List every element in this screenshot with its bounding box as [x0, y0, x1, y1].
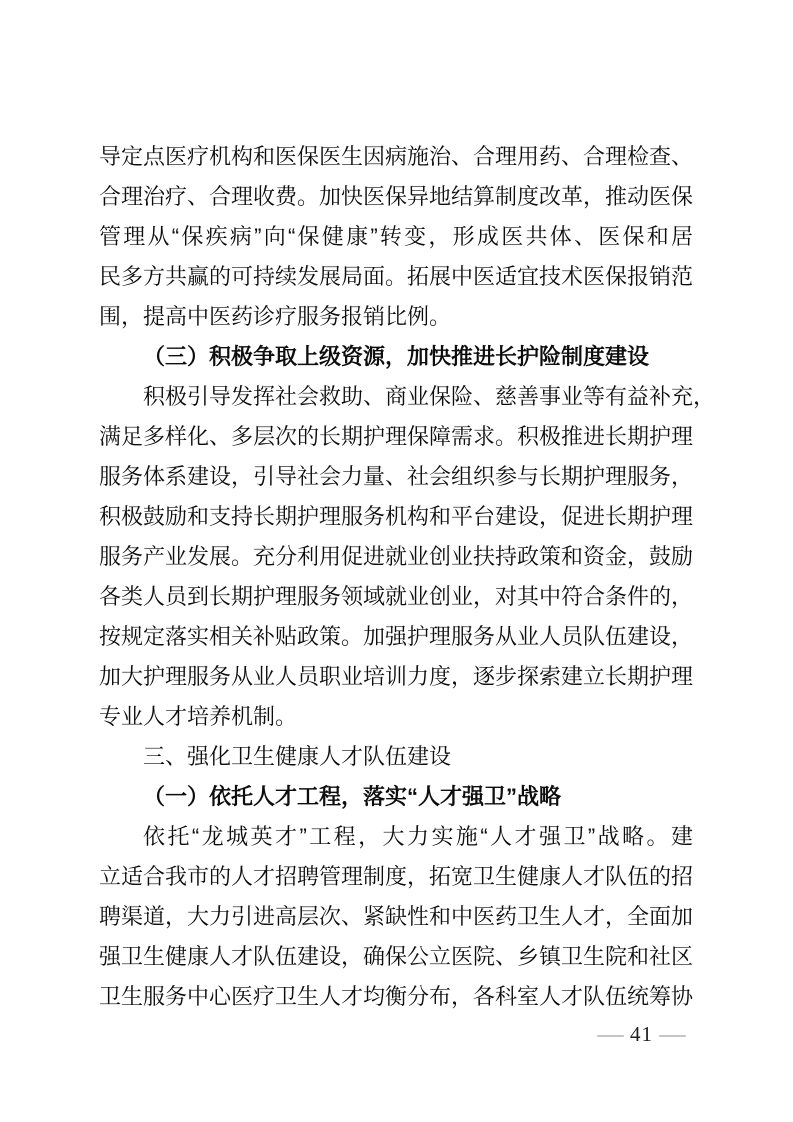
paragraph-line: 卫生服务中心医疗卫生人才均衡分布，各科室人才队伍统筹协	[99, 977, 693, 1017]
paragraph-line: 依托“龙城英才”工程，大力实施“人才强卫”战略。建	[99, 817, 693, 857]
section-heading-line: （一）依托人才工程，落实“人才强卫”战略	[99, 777, 693, 817]
paragraph-line: 合理治疗、合理收费。加快医保异地结算制度改革，推动医保	[99, 177, 693, 217]
paragraph-line: 围，提高中医药诊疗服务报销比例。	[99, 297, 693, 337]
document-body: 导定点医疗机构和医保医生因病施治、合理用药、合理检查、合理治疗、合理收费。加快医…	[99, 137, 693, 1017]
paragraph-line: 聘渠道，大力引进高层次、紧缺性和中医药卫生人才，全面加	[99, 897, 693, 937]
paragraph-line: 积极鼓励和支持长期护理服务机构和平台建设，促进长期护理	[99, 497, 693, 537]
section-heading-line: （三）积极争取上级资源，加快推进长护险制度建设	[99, 337, 693, 377]
paragraph-line: 各类人员到长期护理服务领域就业创业，对其中符合条件的，	[99, 577, 693, 617]
section-heading-line: 三、强化卫生健康人才队伍建设	[99, 737, 693, 777]
paragraph-line: 管理从“保疾病”向“保健康”转变，形成医共体、医保和居	[99, 217, 693, 257]
paragraph-line: 强卫生健康人才队伍建设，确保公立医院、乡镇卫生院和社区	[99, 937, 693, 977]
paragraph-line: 专业人才培养机制。	[99, 697, 693, 737]
paragraph-line: 加大护理服务从业人员职业培训力度，逐步探索建立长期护理	[99, 657, 693, 697]
paragraph-line: 服务体系建设，引导社会力量、社会组织参与长期护理服务，	[99, 457, 693, 497]
paragraph-line: 积极引导发挥社会救助、商业保险、慈善事业等有益补充，	[99, 377, 693, 417]
document-page: 导定点医疗机构和医保医生因病施治、合理用药、合理检查、合理治疗、合理收费。加快医…	[0, 0, 793, 1122]
paragraph-line: 民多方共赢的可持续发展局面。拓展中医适宜技术医保报销范	[99, 257, 693, 297]
paragraph-line: 立适合我市的人才招聘管理制度，拓宽卫生健康人才队伍的招	[99, 857, 693, 897]
page-number-dash-right: —	[659, 1022, 685, 1047]
paragraph-line: 按规定落实相关补贴政策。加强护理服务从业人员队伍建设，	[99, 617, 693, 657]
paragraph-line: 满足多样化、多层次的长期护理保障需求。积极推进长期护理	[99, 417, 693, 457]
paragraph-line: 服务产业发展。充分利用促进就业创业扶持政策和资金，鼓励	[99, 537, 693, 577]
page-number-dash-left: —	[597, 1022, 623, 1047]
page-number-value: 41	[630, 1022, 653, 1047]
paragraph-line: 导定点医疗机构和医保医生因病施治、合理用药、合理检查、	[99, 137, 693, 177]
page-number: — 41 —	[600, 1021, 683, 1047]
